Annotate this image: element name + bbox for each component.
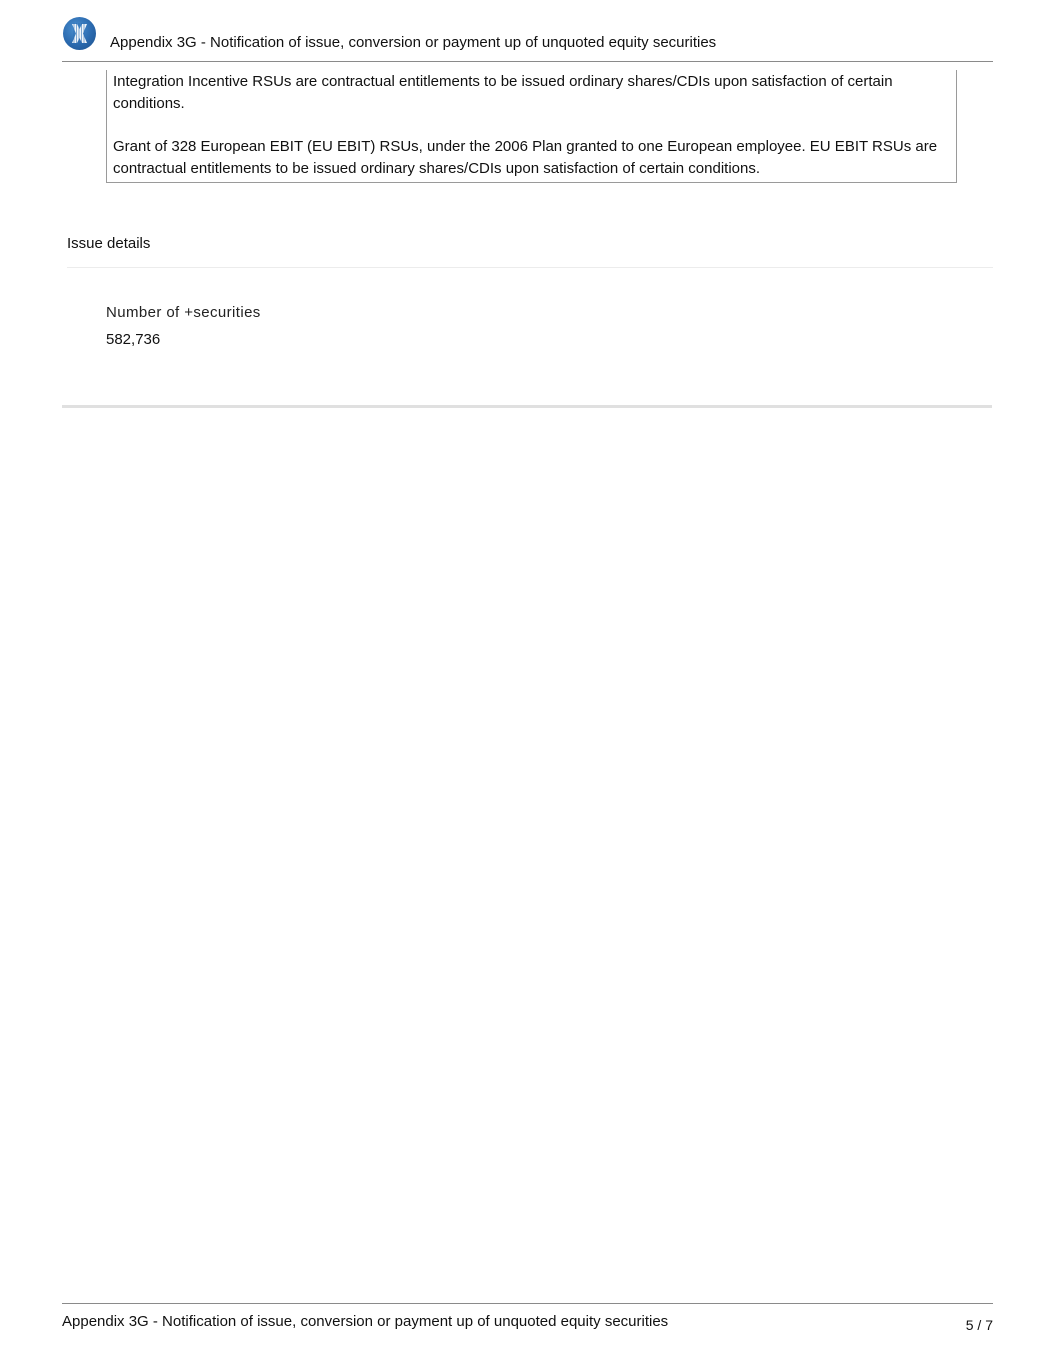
footer-title: Appendix 3G - Notification of issue, con… bbox=[62, 1313, 668, 1330]
description-paragraph: Integration Incentive RSUs are contractu… bbox=[113, 71, 949, 115]
description-paragraph: Grant of 328 European EBIT (EU EBIT) RSU… bbox=[113, 136, 949, 180]
asx-logo-icon bbox=[63, 17, 96, 50]
header-divider bbox=[62, 61, 993, 62]
footer-divider bbox=[62, 1303, 993, 1304]
section-end-divider bbox=[62, 405, 992, 408]
page-number: 5 / 7 bbox=[966, 1317, 993, 1333]
number-of-securities-label: Number of +securities bbox=[106, 304, 261, 321]
section-divider bbox=[67, 267, 993, 268]
number-of-securities-value: 582,736 bbox=[106, 331, 160, 348]
issue-details-heading: Issue details bbox=[67, 235, 150, 252]
description-text-box: Integration Incentive RSUs are contractu… bbox=[106, 70, 957, 183]
document-header-title: Appendix 3G - Notification of issue, con… bbox=[110, 34, 716, 51]
